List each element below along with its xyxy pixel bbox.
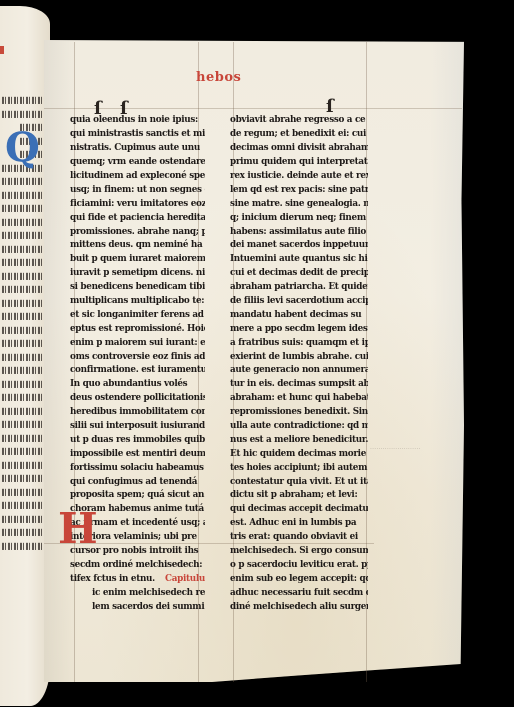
text-line: nistratis. Cupimus aute unu	[70, 141, 205, 155]
margin-note: ........................	[370, 444, 421, 451]
running-head: hebos	[196, 70, 241, 85]
text-line: tifex fctus in etnu. Capitulum vii.	[70, 571, 205, 585]
text-line: oms controversie eoz finis ad	[70, 349, 205, 363]
verso-text-line	[2, 448, 48, 455]
verso-text-line	[2, 434, 48, 441]
text-line-content: In quo abundantius volés	[70, 378, 187, 389]
text-line: aute generacio non annumera	[230, 363, 368, 377]
text-line: diné melchisedech aliu surgere	[230, 599, 368, 613]
text-line: si benedicens benedicam tibi. et	[70, 280, 205, 294]
text-line: lem qd est rex pacis: sine patre	[230, 182, 368, 196]
text-line-content: fortissimu solaciu habeamus	[70, 462, 204, 473]
text-line: ulla aute contradictione: qd mi	[230, 419, 368, 433]
text-line-content: qui confugimus ad tenendá	[70, 476, 197, 487]
verso-text-line	[2, 407, 48, 414]
text-line-content: est. Adhuc eni in lumbis pa	[230, 517, 356, 528]
text-line: quemq; vrm eande ostendare sol	[70, 155, 205, 169]
text-line-content: proposita spem; quá sicut an	[70, 489, 204, 500]
verso-text-line	[2, 286, 48, 293]
text-line-content: silii sui interposuit iusiurandu:	[70, 420, 205, 431]
text-line: ficiamini: veru imitatores eoz	[70, 196, 205, 210]
text-line-content: quemq; vrm eande ostendare sol	[70, 156, 205, 167]
text-line: obviavit abrahe regresso a ce	[230, 113, 368, 127]
text-line-content: enim p maiorem sui iurant: et	[70, 337, 205, 348]
text-line: qui ministrastis sanctis et mi	[70, 127, 205, 141]
text-line: lem sacerdos dei summi qui	[70, 599, 205, 613]
text-line-content: contestatur quia vivit. Et ut ita	[230, 476, 368, 487]
text-line-content: lem qd est rex pacis: sine patre	[230, 184, 368, 195]
text-line-content: dictu sit p abraham; et levi:	[230, 489, 357, 500]
text-line-content: enim sub eo legem accepit: qd	[230, 573, 368, 584]
verso-blue-initial: Q	[5, 128, 40, 168]
text-line: fortissimu solaciu habeamus	[70, 460, 205, 474]
text-line-content: qui decimas accepit decimatus	[230, 503, 368, 514]
text-line-content: diné melchisedech aliu surgere	[230, 601, 368, 612]
text-line: qui decimas accepit decimatus	[230, 502, 368, 516]
text-line-content: deus ostendere pollicitationis	[70, 392, 205, 403]
text-line-content: usq; in finem: ut non segnes ef	[70, 184, 205, 195]
text-line-content: repromissiones benedixit. Sine	[230, 406, 368, 417]
text-line-content: lem sacerdos dei summi qui	[92, 601, 205, 612]
text-line-content: si benedicens benedicam tibi. et	[70, 281, 205, 292]
verso-text-line	[2, 461, 48, 468]
verso-text-line	[2, 97, 48, 104]
text-line-content: a fratribus suis: quamqm et ipsi	[230, 337, 368, 348]
text-line: et sic longanimiter ferens ad	[70, 307, 205, 321]
text-line: tris erat: quando obviavit ei	[230, 530, 368, 544]
verso-text-line	[2, 272, 48, 279]
text-line-content: ficiamini: veru imitatores eoz	[70, 198, 205, 209]
verso-text-line	[2, 178, 48, 185]
text-line: eptus est repromissioné. Hoies	[70, 321, 205, 335]
text-line-content: Et hic quidem decimas morie	[230, 448, 366, 459]
text-line-content: quia oleendus in noie ipius:	[70, 114, 198, 125]
text-line: de regum; et benedixit ei: cui i	[230, 127, 368, 141]
text-line: tes hoies accipiunt; ibi autem	[230, 460, 368, 474]
text-line: impossibile est mentiri deum:	[70, 446, 205, 460]
verso-text-line	[2, 232, 48, 239]
text-line-content: Intuemini aute quantus sic hic:	[230, 253, 368, 264]
text-line-content: ic enim melchisedech rex sa	[92, 587, 205, 598]
text-line: tur in eis. decimas sumpsit ab	[230, 377, 368, 391]
verso-text-line	[2, 542, 48, 549]
text-line-content: dei manet sacerdos inppetuum.	[230, 239, 368, 250]
text-line-content: q; inicium dierum neq; finem vite	[230, 212, 368, 223]
verso-text-line	[2, 259, 48, 266]
text-line: deus ostendere pollicitationis	[70, 391, 205, 405]
text-line: adhuc necessariu fuit secdm or	[230, 585, 368, 599]
verso-text-line	[2, 529, 48, 536]
text-line-content: abraham: et hunc qui habebat	[230, 392, 368, 403]
text-line-content: tris erat: quando obviavit ei	[230, 531, 358, 542]
text-line: qui fide et paciencia hereditabu	[70, 210, 205, 224]
text-line-content: ut p duas res immobiles quibs	[70, 434, 205, 445]
verso-text-line	[2, 502, 48, 509]
verso-text-line	[2, 367, 48, 374]
text-line: buit p quem iuraret maiorem;	[70, 252, 205, 266]
text-line: promissiones. abrahe nanq; pro	[70, 224, 205, 238]
text-line-content: aute generacio non annumera	[230, 364, 368, 375]
text-line-content: adhuc necessariu fuit secdm or	[230, 587, 368, 598]
rubric-chapter-heading: Capitulum vii.	[165, 573, 205, 584]
verso-text-line	[2, 245, 48, 252]
verso-text-line	[2, 218, 48, 225]
text-line-content: nistratis. Cupimus aute unu	[70, 142, 200, 153]
text-line-content: melchisedech. Si ergo consumac	[230, 545, 368, 556]
verso-text-line	[2, 353, 48, 360]
verso-text-line	[2, 313, 48, 320]
text-line: primu quidem qui interpretatur	[230, 155, 368, 169]
text-line-content: cui et decimas dedit de precipuis	[230, 267, 368, 278]
verso-text-line	[2, 515, 48, 522]
text-line-content: habens: assimilatus aute filio	[230, 226, 366, 237]
text-line: confirmatione. est iuramentu.	[70, 363, 205, 377]
text-line: q; inicium dierum neq; finem vite	[230, 210, 368, 224]
text-line: mandatu habent decimas su	[230, 307, 368, 321]
text-column-b: obviavit abrahe regresso a cede regum; e…	[230, 113, 368, 613]
text-line: o p sacerdociu leviticu erat. ppls	[230, 558, 368, 572]
text-line-content: decimas omni divisit abraham:	[230, 142, 368, 153]
verso-text-line	[2, 394, 48, 401]
text-line: de filiis levi sacerdotium accipientes	[230, 294, 368, 308]
text-line: est. Adhuc eni in lumbis pa	[230, 516, 368, 530]
text-line: Intuemini aute quantus sic hic:	[230, 252, 368, 266]
text-line-content: o p sacerdociu leviticu erat. ppls	[230, 559, 368, 570]
text-line: dei manet sacerdos inppetuum.	[230, 238, 368, 252]
text-line-content: sine matre. sine genealogia. ne	[230, 198, 368, 209]
text-line-content: eptus est repromissioné. Hoies	[70, 323, 205, 334]
verso-text-line	[2, 205, 48, 212]
text-line: exierint de lumbis abrahe. cuius	[230, 349, 368, 363]
text-line-content: mere a ppo secdm legem idest	[230, 323, 368, 334]
text-line-content: iuravit p semetipm dicens. ni	[70, 267, 205, 278]
text-line-content: nus est a meliore benedicitur.	[230, 434, 368, 445]
text-line-content: qui fide et paciencia hereditabu	[70, 212, 205, 223]
verso-page-edge: Q	[0, 6, 50, 706]
text-line: silii sui interposuit iusiurandu:	[70, 419, 205, 433]
text-line: multiplicans multiplicabo te:	[70, 294, 205, 308]
text-line: habens: assimilatus aute filio	[230, 224, 368, 238]
text-line-content: mandatu habent decimas su	[230, 309, 361, 320]
text-line-content: exierint de lumbis abrahe. cuius	[230, 351, 368, 362]
text-line-content: tur in eis. decimas sumpsit ab	[230, 378, 368, 389]
text-line: sine matre. sine genealogia. ne	[230, 196, 368, 210]
text-line: In quo abundantius volés	[70, 377, 205, 391]
verso-text-line	[2, 475, 48, 482]
text-line: melchisedech. Si ergo consumac	[230, 544, 368, 558]
text-line-content: mittens deus. qm neminé ha	[70, 239, 202, 250]
text-line: enim sub eo legem accepit: qd	[230, 571, 368, 585]
text-line: proposita spem; quá sicut an	[70, 488, 205, 502]
text-line-content: confirmatione. est iuramentu.	[70, 364, 205, 375]
text-line: a fratribus suis: quamqm et ipsi	[230, 335, 368, 349]
text-line-content: impossibile est mentiri deum:	[70, 448, 205, 459]
ruling-line-top	[44, 108, 462, 109]
text-line-content: oms controversie eoz finis ad	[70, 351, 205, 362]
text-line: repromissiones benedixit. Sine	[230, 405, 368, 419]
text-line-content: promissiones. abrahe nanq; pro	[70, 226, 205, 237]
text-line-content: primu quidem qui interpretatur	[230, 156, 368, 167]
text-line: enim p maiorem sui iurant: et	[70, 335, 205, 349]
text-line-content: de filiis levi sacerdotium accipientes	[230, 295, 368, 306]
text-line: iuravit p semetipm dicens. ni	[70, 266, 205, 280]
manuscript-photo: Q hebos ſ ſ ſ quia oleendus in noie ipiu…	[0, 0, 514, 707]
text-line: ic enim melchisedech rex sa	[70, 585, 205, 599]
verso-text-line	[2, 299, 48, 306]
text-line-content: abraham patriarcha. Et quidem	[230, 281, 368, 292]
text-line-content: rex iusticie. deinde aute et rex sa	[230, 170, 368, 181]
verso-text-line	[2, 340, 48, 347]
text-line: abraham patriarcha. Et quidem	[230, 280, 368, 294]
text-line-content: et sic longanimiter ferens ad	[70, 309, 204, 320]
text-line-content: qui ministrastis sanctis et mi	[70, 128, 205, 139]
text-line: licitudinem ad expleconé spei	[70, 169, 205, 183]
text-line-content: ulla aute contradictione: qd mi	[230, 420, 368, 431]
verso-rubric-mark	[0, 46, 4, 54]
text-line-content: licitudinem ad expleconé spei	[70, 170, 205, 181]
text-line-content: multiplicans multiplicabo te:	[70, 295, 204, 306]
text-line: secdm ordiné melchisedech: pon	[70, 558, 205, 572]
text-line: mittens deus. qm neminé ha	[70, 238, 205, 252]
text-line-content: obviavit abrahe regresso a ce	[230, 114, 365, 125]
text-line: cui et decimas dedit de precipuis	[230, 266, 368, 280]
verso-text-line	[2, 110, 48, 117]
text-line: heredibus immobilitatem con	[70, 405, 205, 419]
text-line: Et hic quidem decimas morie	[230, 446, 368, 460]
verso-text-line	[2, 326, 48, 333]
text-line-content: buit p quem iuraret maiorem;	[70, 253, 205, 264]
verso-text-line	[2, 488, 48, 495]
text-line: nus est a meliore benedicitur.	[230, 432, 368, 446]
text-line-content: secdm ordiné melchisedech: pon	[70, 559, 205, 570]
text-line: ut p duas res immobiles quibs	[70, 432, 205, 446]
text-line: abraham: et hunc qui habebat	[230, 391, 368, 405]
text-line-content: heredibus immobilitatem con	[70, 406, 205, 417]
text-line: quia oleendus in noie ipius:	[70, 113, 205, 127]
text-line: decimas omni divisit abraham:	[230, 141, 368, 155]
text-line-content: tes hoies accipiunt; ibi autem	[230, 462, 367, 473]
text-line: rex iusticie. deinde aute et rex sa	[230, 169, 368, 183]
verso-text-line	[2, 380, 48, 387]
verso-text-line	[2, 191, 48, 198]
text-line: qui confugimus ad tenendá	[70, 474, 205, 488]
red-initial-h: H	[58, 508, 98, 550]
verso-text-line	[2, 421, 48, 428]
text-line-content: tifex fctus in etnu.	[70, 573, 155, 584]
text-line: usq; in finem: ut non segnes ef	[70, 182, 205, 196]
text-line: contestatur quia vivit. Et ut ita	[230, 474, 368, 488]
text-line: dictu sit p abraham; et levi:	[230, 488, 368, 502]
text-line-content: de regum; et benedixit ei: cui i	[230, 128, 368, 139]
text-line: mere a ppo secdm legem idest	[230, 321, 368, 335]
